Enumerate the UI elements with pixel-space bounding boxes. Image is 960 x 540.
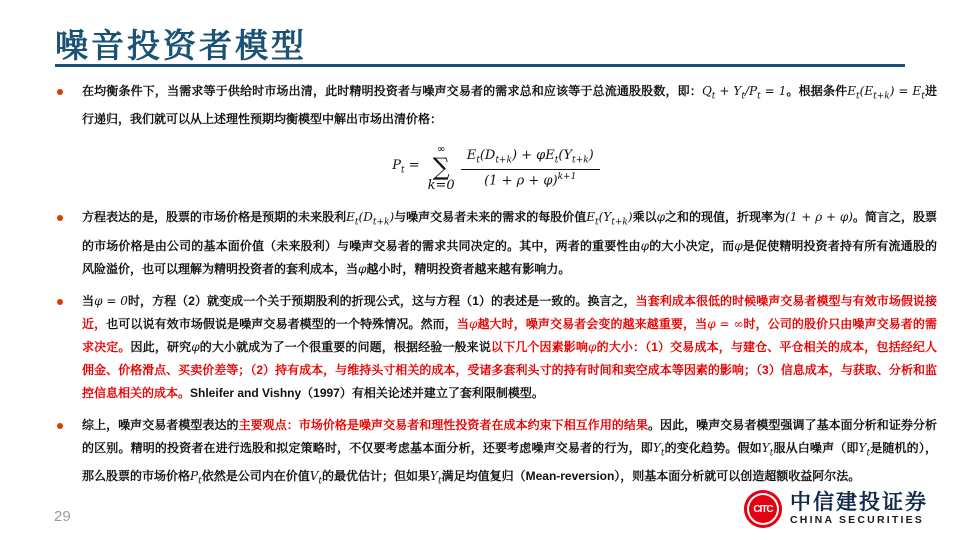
sum-lower-limit: k=0	[428, 179, 455, 192]
page-number: 29	[54, 508, 71, 525]
emblem-letters: CITC	[753, 504, 772, 515]
citic-emblem-icon: CITC	[744, 490, 782, 528]
company-logo: CITC 中信建投证券 CHINA SECURITIES	[744, 490, 928, 528]
bullet-icon	[57, 423, 63, 429]
bullet-text: 方程表达的是，股票的市场价格是预期的未来股利Et(Dt+k)与噪声交易者未来的需…	[82, 206, 937, 280]
bullet-item: 综上，噪声交易者模型表达的主要观点：市场价格是噪声交易者和理性投资者在成本约束下…	[55, 414, 937, 494]
bullet-text: 综上，噪声交易者模型表达的主要观点：市场价格是噪声交易者和理性投资者在成本约束下…	[82, 414, 937, 494]
equation-fraction: Et(Dt+k) + φEt(Yt+k) (1 + ρ + φ)k+1	[461, 146, 600, 191]
bullet-item: 当φ = 0时，方程（2）就变成一个关于预期股利的折现公式，这与方程（1）的表述…	[55, 290, 937, 405]
slide: 噪音投资者模型 在均衡条件下，当需求等于供给时市场出清，此时精明投资者与噪声交易…	[0, 0, 960, 540]
equation-numerator: Et(Dt+k) + φEt(Yt+k)	[461, 146, 600, 170]
bullet-text: 在均衡条件下，当需求等于供给时市场出清，此时精明投资者与噪声交易者的需求总和应该…	[82, 80, 937, 131]
title-underline	[55, 64, 905, 67]
bullet-text: 当φ = 0时，方程（2）就变成一个关于预期股利的折现公式，这与方程（1）的表述…	[82, 290, 937, 405]
slide-body: 在均衡条件下，当需求等于供给时市场出清，此时精明投资者与噪声交易者的需求总和应该…	[55, 80, 937, 503]
bullet-item: 方程表达的是，股票的市场价格是预期的未来股利Et(Dt+k)与噪声交易者未来的需…	[55, 206, 937, 280]
bullet-icon	[57, 299, 63, 305]
logo-en-name: CHINA SECURITIES	[790, 514, 928, 527]
page-title: 噪音投资者模型	[55, 20, 307, 67]
summation-symbol: ∞ ∑ k=0	[428, 145, 455, 192]
equation-denominator: (1 + ρ + φ)k+1	[484, 170, 576, 191]
bullet-icon	[57, 89, 63, 95]
bullet-item: 在均衡条件下，当需求等于供给时市场出清，此时精明投资者与噪声交易者的需求总和应该…	[55, 80, 937, 131]
market-clearing-price-equation: Pt = ∞ ∑ k=0 Et(Dt+k) + φEt(Yt+k) (1 + ρ…	[55, 140, 937, 196]
bullet-icon	[57, 215, 63, 221]
sigma-icon: ∑	[433, 155, 450, 179]
equation-lhs: Pt =	[392, 154, 419, 183]
logo-cn-name: 中信建投证券	[790, 491, 928, 514]
